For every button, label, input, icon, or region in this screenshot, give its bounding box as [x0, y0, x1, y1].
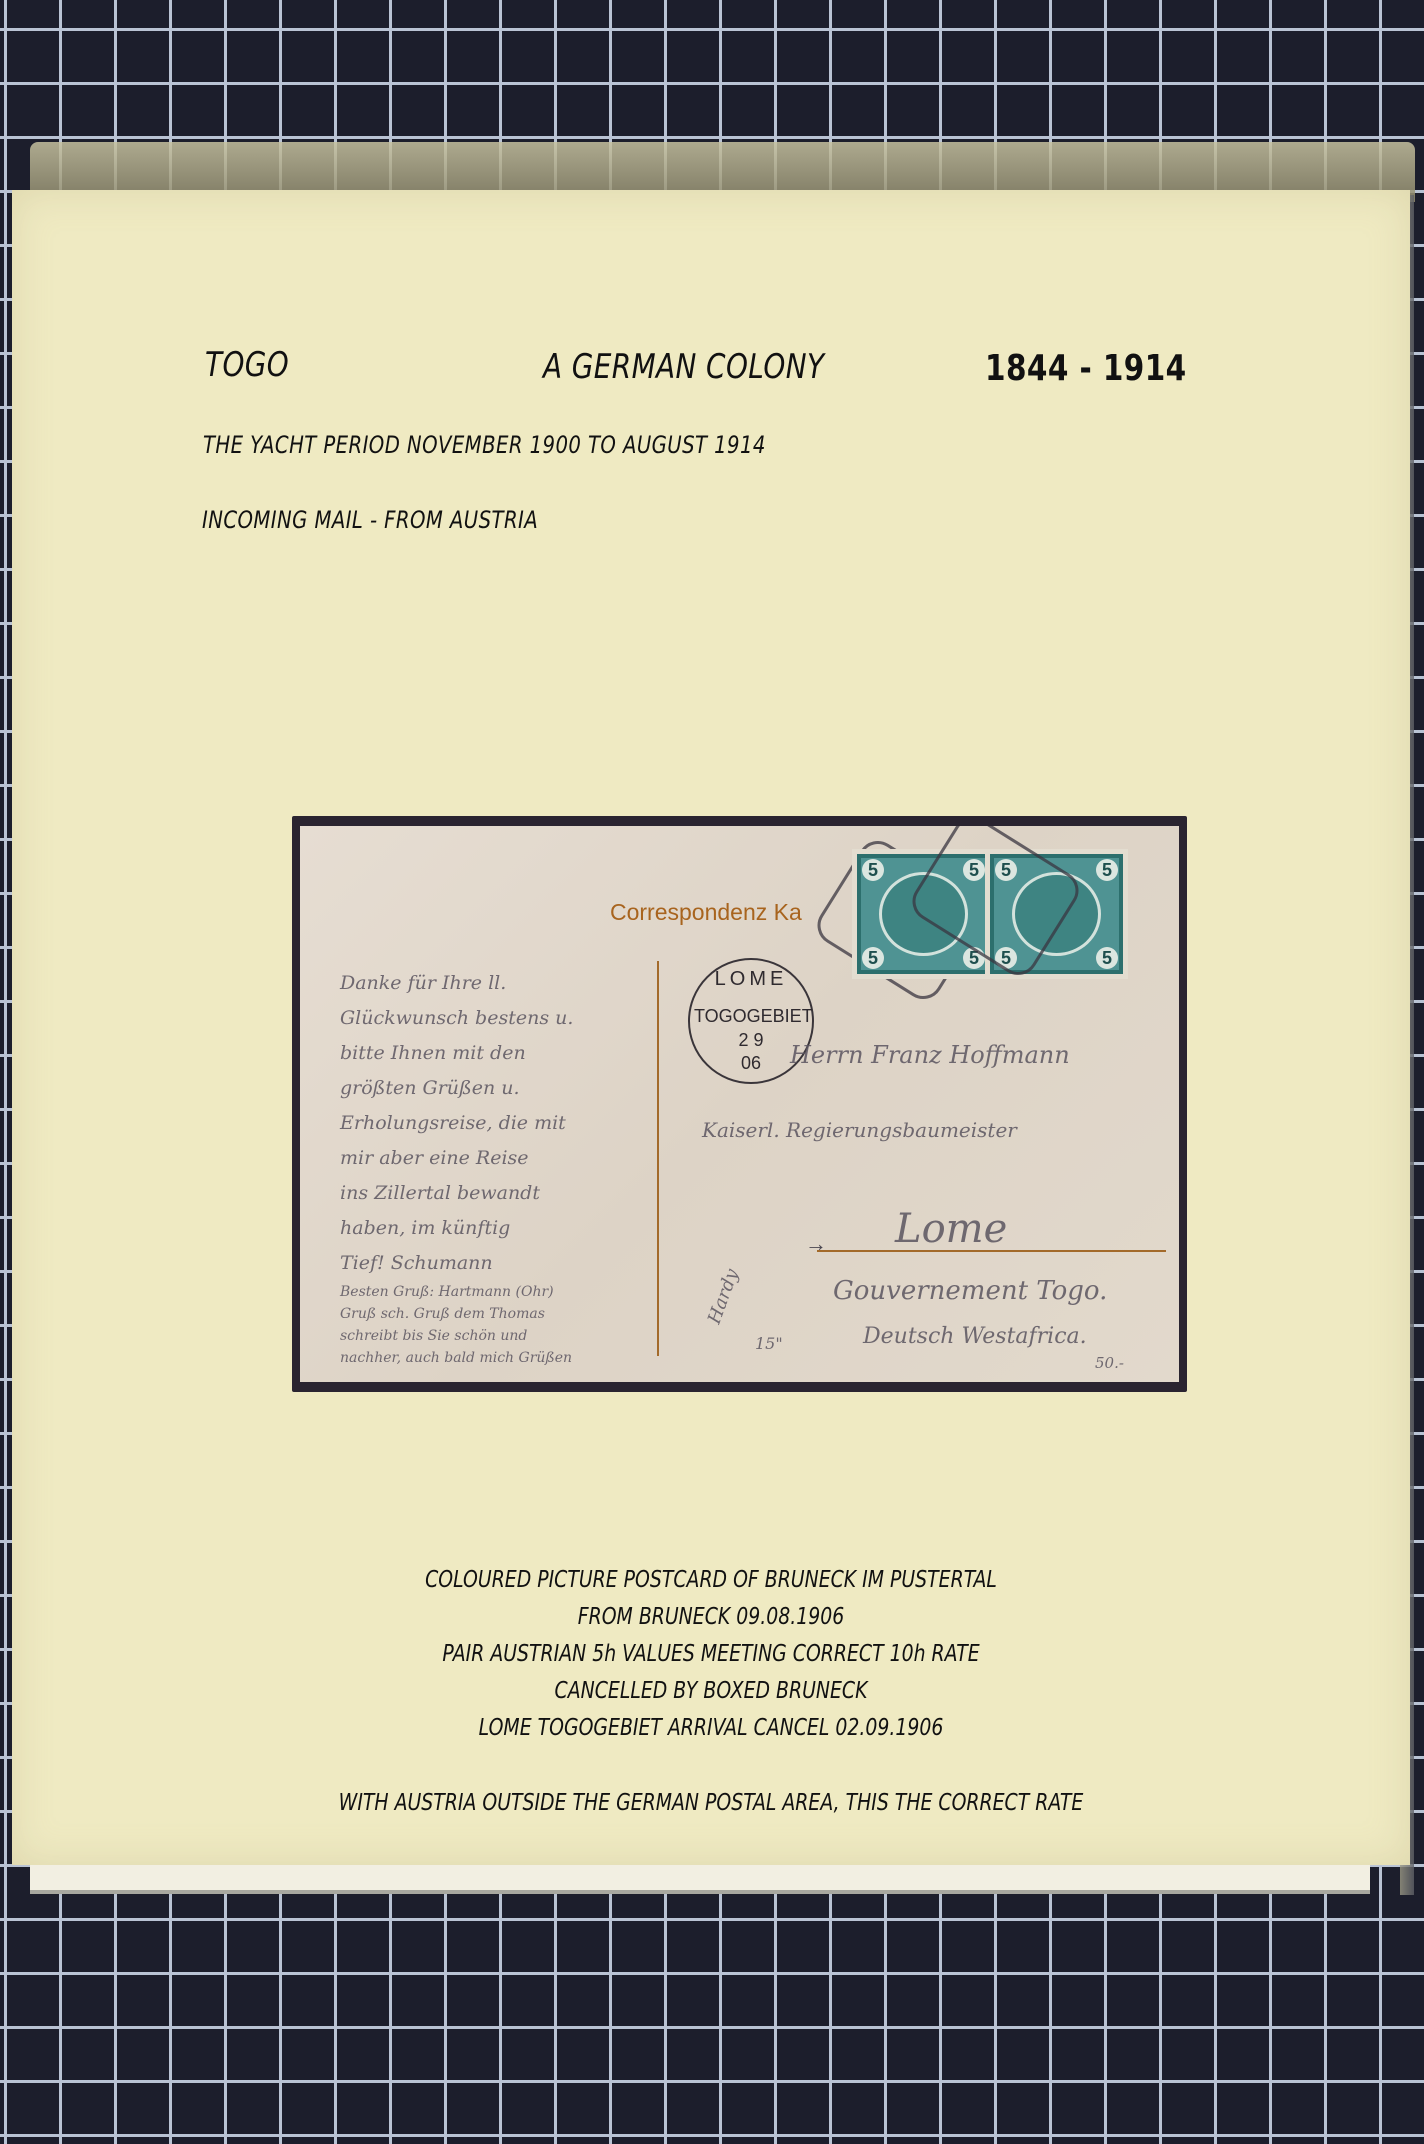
postcard-imprint: Correspondenz Ka	[610, 899, 802, 926]
address-underline	[817, 1250, 1166, 1252]
description-footer: WITH AUSTRIA OUTSIDE THE GERMAN POSTAL A…	[138, 1785, 1284, 1822]
address-title: Kaiserl. Regierungsbaumeister	[702, 1118, 1017, 1142]
handwritten-message: Danke für Ihre ll. Glückwunsch bestens u…	[340, 966, 650, 1369]
message-line: Glückwunsch bestens u.	[340, 1001, 650, 1036]
description-block: COLOURED PICTURE POSTCARD OF BRUNECK IM …	[12, 1562, 1410, 1822]
address-country: Deutsch Westafrica.	[863, 1324, 1087, 1349]
address-government: Gouvernement Togo.	[833, 1276, 1107, 1306]
message-line: mir aber eine Reise	[340, 1141, 650, 1176]
message-line: schreibt bis Sie schön und	[340, 1325, 650, 1347]
year-range: 1844 - 1914	[985, 348, 1187, 389]
message-line: ins Zillertal bewandt	[340, 1176, 650, 1211]
message-line: nachher, auch bald mich Grüßen	[340, 1347, 650, 1369]
album-sleeve-bottom	[30, 1860, 1370, 1894]
message-line: größten Grüßen u.	[340, 1071, 650, 1106]
side-annotation: Hardy	[704, 1266, 743, 1326]
rate-annotation: 15"	[755, 1334, 783, 1353]
description-line: CANCELLED BY BOXED BRUNECK	[138, 1673, 1284, 1710]
message-line: Gruß sch. Gruß dem Thomas	[340, 1303, 650, 1325]
album-page: TOGO A GERMAN COLONY 1844 - 1914 THE YAC…	[12, 190, 1410, 1865]
postcard-divider	[657, 961, 659, 1356]
message-line: bitte Ihnen mit den	[340, 1036, 650, 1071]
stamp-value: 5	[862, 947, 884, 969]
cancel-town: LOME	[690, 968, 812, 991]
arrow-mark: →	[805, 1231, 827, 1257]
period-subtitle: THE YACHT PERIOD NOVEMBER 1900 TO AUGUST…	[203, 431, 766, 459]
page-title: A GERMAN COLONY	[543, 347, 824, 387]
section-subtitle: INCOMING MAIL - FROM AUSTRIA	[202, 506, 538, 534]
description-line: LOME TOGOGEBIET ARRIVAL CANCEL 02.09.190…	[138, 1710, 1284, 1747]
message-line: Erholungsreise, die mit	[340, 1106, 650, 1141]
message-line: Danke für Ihre ll.	[340, 966, 650, 1001]
message-line: Tief! Schumann	[340, 1246, 650, 1281]
address-recipient: Herrn Franz Hoffmann	[790, 1041, 1070, 1069]
message-line: Besten Gruß: Hartmann (Ohr)	[340, 1281, 650, 1303]
cancel-region: TOGOGEBIET	[694, 1006, 808, 1027]
postcard-mount: Correspondenz Ka 5 5 5 5 5 5 5 5 LOME TO…	[292, 816, 1187, 1392]
stamp-value: 5	[1096, 859, 1118, 881]
description-line: PAIR AUSTRIAN 5h VALUES MEETING CORRECT …	[138, 1636, 1284, 1673]
description-line: COLOURED PICTURE POSTCARD OF BRUNECK IM …	[138, 1562, 1284, 1599]
address-city: Lome	[895, 1206, 1007, 1252]
country-heading: TOGO	[205, 345, 289, 385]
stamp-value: 5	[1096, 947, 1118, 969]
spacer	[138, 1747, 1284, 1785]
stamp-value: 5	[862, 859, 884, 881]
price-annotation: 50.-	[1095, 1354, 1124, 1372]
message-line: haben, im künftig	[340, 1211, 650, 1246]
description-line: FROM BRUNECK 09.08.1906	[138, 1599, 1284, 1636]
postcard: Correspondenz Ka 5 5 5 5 5 5 5 5 LOME TO…	[300, 826, 1179, 1382]
